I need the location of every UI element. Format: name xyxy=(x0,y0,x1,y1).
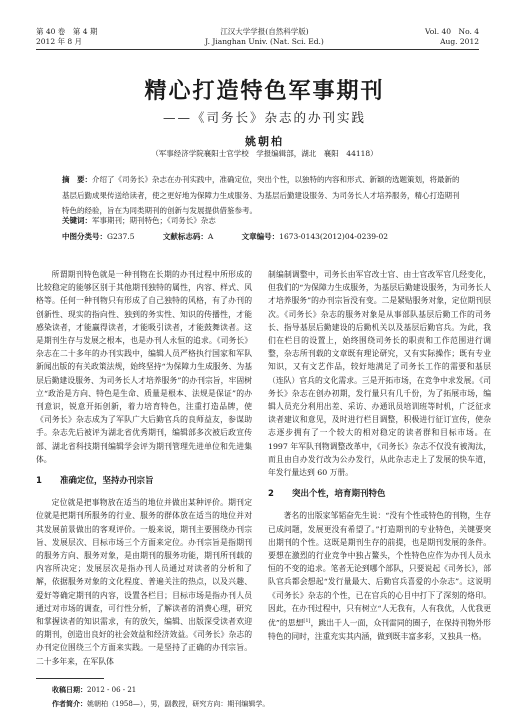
keywords-text: 军事期刊；期刊特色；《司务长》杂志 xyxy=(92,216,216,225)
section-2-heading: 2突出个性，培育期刊特色 xyxy=(268,488,491,501)
date-en: Aug. 2012 xyxy=(425,37,479,47)
keywords: 关键词：军事期刊；期刊特色；《司务长》杂志 xyxy=(62,215,216,226)
article-no-label: 文章编号： xyxy=(242,232,280,241)
author-name: 姚朝柏 xyxy=(0,133,529,149)
section-2-number: 2 xyxy=(268,488,292,501)
received-value: 2012 - 06 - 21 xyxy=(87,686,136,694)
reference-citation[interactable]: [1] xyxy=(303,618,310,624)
volume-number-en: Vol. 40 No. 4 xyxy=(425,27,479,37)
doc-code-value: A xyxy=(208,232,213,241)
section-1-paragraph: 定位就是把事物放在适当的地位并做出某种评价。期刊定位就是把期刊所服务的行业、服务… xyxy=(36,496,252,668)
bio-value: 姚朝柏（1958—），男，副教授，研究方向：期刊编辑学。 xyxy=(87,700,269,708)
section-2-title: 突出个性，培育期刊特色 xyxy=(292,489,386,499)
right-column: 制编制调整中，司务长由军官改士官、由士官改军官几经变化，但我们的“为保障力生成服… xyxy=(268,268,491,643)
clc-value: G237.5 xyxy=(107,232,134,241)
volume-issue-en: Vol. 40 No. 4 Aug. 2012 xyxy=(425,27,479,47)
clc-label: 中图分类号： xyxy=(62,232,107,241)
abstract-label: 摘 要： xyxy=(62,175,92,184)
section-1-number: 1 xyxy=(36,475,60,488)
classification-line: 中图分类号：G237.5 文献标志码：A 文章编号：1673-0143(2012… xyxy=(62,231,388,242)
left-column: 所谓期刊特色就是一种刊物在长期的办刊过程中所形成的比较稳定的能够区别于其他期刊独… xyxy=(36,268,252,668)
section-1-continued-paragraph: 制编制调整中，司务长由军官改士官、由士官改军官几经变化，但我们的“为保障力生成服… xyxy=(268,268,491,479)
abstract-text: 介绍了《司务长》杂志在办刊实践中，准确定位，突出个性，以独特的内容和形式、新颖的… xyxy=(62,175,460,215)
section-2-text-a: 著名的出版家邹韬奋先生说：“没有个性或特色的刊物，生存已成问题，发展更没有希望了… xyxy=(268,511,491,627)
header-rule xyxy=(36,49,479,50)
section-1-heading: 1准确定位，坚持办刊宗旨 xyxy=(36,475,252,488)
received-label: 收稿日期： xyxy=(52,686,87,694)
footnote-rule xyxy=(36,678,104,679)
article-no-value: 1673-0143(2012)04-0239-02 xyxy=(279,232,388,241)
received-date: 收稿日期：2012 - 06 - 21 xyxy=(52,685,136,695)
author-affiliation: （军事经济学院襄阳士官学校 学报编辑部，湖北 襄阳 44118） xyxy=(0,148,529,159)
author-bio: 作者简介：姚朝柏（1958—），男，副教授，研究方向：期刊编辑学。 xyxy=(52,699,269,709)
abstract-body: 摘 要：介绍了《司务长》杂志在办刊实践中，准确定位，突出个性，以独特的内容和形式… xyxy=(62,172,462,219)
doc-code-label: 文献标志码： xyxy=(163,232,208,241)
article-subtitle: ——《司务长》杂志的办刊实践 xyxy=(0,108,529,126)
abstract: 摘 要：介绍了《司务长》杂志在办刊实践中，准确定位，突出个性，以独特的内容和形式… xyxy=(62,172,462,219)
keywords-label: 关键词： xyxy=(62,216,92,225)
section-2-paragraph: 著名的出版家邹韬奋先生说：“没有个性或特色的刊物，生存已成问题，发展更没有希望了… xyxy=(268,509,491,643)
section-1-title: 准确定位，坚持办刊宗旨 xyxy=(60,476,154,486)
bio-label: 作者简介： xyxy=(52,700,87,708)
running-header: 第 40 卷 第 4 期 2012 年 8 月 江汉大学学报(自然科学版) J.… xyxy=(0,27,529,51)
article-title: 精心打造特色军事期刊 xyxy=(0,74,529,105)
intro-paragraph: 所谓期刊特色就是一种刊物在长期的办刊过程中所形成的比较稳定的能够区别于其他期刊独… xyxy=(36,268,252,466)
